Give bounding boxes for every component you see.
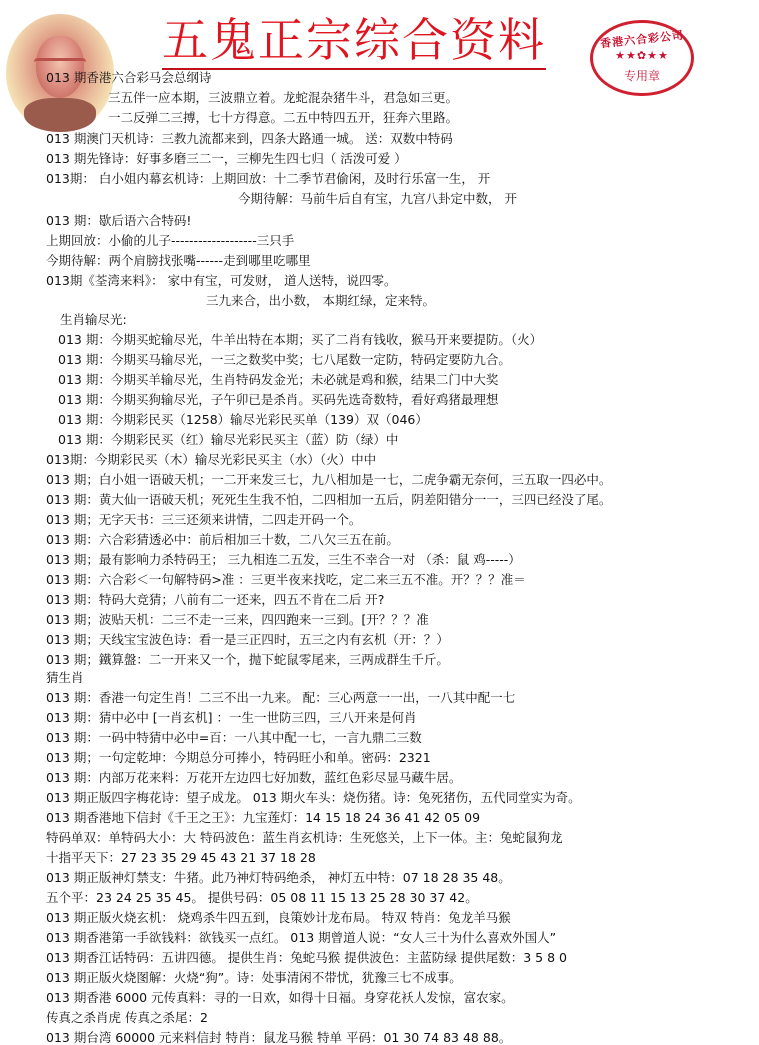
text-line: 013 期；一句定乾坤：今期总分可捧小，特码旺小和单。密码：2321	[46, 748, 431, 768]
page-title: 五鬼正宗综合资料	[162, 14, 546, 70]
avatar-coat	[24, 98, 96, 132]
text-line: 013 期：香港一句定生肖！二三不出一九来。 配：三心两意一一出，一八其中配一七	[46, 688, 515, 708]
text-line: 013 期：黄大仙一语破天机；死死生生我不怕，二四相加一五后，阴差阳错分一一，三…	[46, 490, 611, 510]
text-line: 特码单双：单特码大小：大 特码波色：蓝生肖玄机诗：生死悠关，上下一体。主：兔蛇鼠…	[46, 828, 562, 848]
text-line: 013 期：今期彩民买（1258）输尽光彩民买单（139）双（046）	[58, 410, 428, 430]
text-line: 013 期香港六合彩马会总纲诗	[46, 68, 211, 88]
text-line: 013 期正版四字梅花诗：望子成龙。 013 期火车头：烧伤猪。诗：兔死猪伤，五…	[46, 788, 581, 808]
text-line: 013 期：歇后语六合特码!	[46, 211, 191, 231]
text-line: 013 期：今期买狗输尽光，子午卯已是杀肖。买码先选奇数特，看好鸡猪最理想	[58, 390, 498, 410]
text-line: 013 期正版火烧玄机： 烧鸡杀牛四五到，良策妙计龙布局。 特双 特肖：兔龙羊马…	[46, 908, 511, 928]
text-line: 013 期：猜中必中 [一肖玄机] ：一生一世防三四，三八开来是何肖	[46, 708, 417, 728]
text-line: 013 期；无字天书：三三还须来讲情，二四走开码一个。	[46, 510, 361, 530]
text-line: 一二反弹二三搏，七十方得意。二五中特四五开，狂奔六里路。	[108, 108, 458, 128]
text-line: 013 期澳门天机诗：三教九流都来到，四条大路通一城。 送：双数中特码	[46, 129, 453, 149]
text-line: 013期： 白小姐内幕玄机诗：上期回放：十二季节君偷闲，及时行乐富一生， 开	[46, 169, 490, 189]
text-line: 013 期；白小姐一语破天机；一二开来发三七，九八相加是一七，二虎争霸无奈何，三…	[46, 470, 611, 490]
text-line: 013 期香江话特码：五讲四德。 提供生肖：兔蛇马猴 提供波色：主蓝防绿 提供尾…	[46, 948, 567, 968]
text-line: 013 期：六合彩＜一句解特码>准 ：三更半夜来找吃，定二来三五不准。开？？？准…	[46, 570, 526, 590]
text-line: 013 期：今期彩民买（红）输尽光彩民买主（蓝）防（绿）中	[58, 430, 398, 450]
stamp-seal-text: 专用章	[593, 67, 691, 84]
text-line: 013 期：今期买蛇输尽光，牛羊出特在本期；买了二肖有钱收，猴马开来要提防。（火…	[58, 330, 542, 350]
text-line: 三九来合，出小数， 本期红绿，定来特。	[206, 291, 435, 311]
text-line: 013 期：内部万花来料：万花开左边四七好加数，蓝红色彩尽显马藏牛居。	[46, 768, 461, 788]
text-line: 013 期台湾 60000 元来料信封 特肖：鼠龙马猴 特单 平码：01 30 …	[46, 1028, 511, 1045]
text-line: 013 期：特码大竞猜；八前有二一还来，四五不肯在二后 开?	[46, 590, 384, 610]
text-line: 013 期正版神灯禁支：牛猪。此乃神灯特码绝杀， 神灯五中特：07 18 28 …	[46, 868, 511, 888]
section-heading: 生肖输尽光:	[60, 310, 127, 330]
text-line: 五个平：23 24 25 35 45。 提供号码：05 08 11 15 13 …	[46, 888, 478, 908]
text-line: 013 期；鐵算盤：二一开来又一个，抛下蛇鼠零尾来，三两成群生千斤。	[46, 650, 449, 670]
text-line: 013 期香港第一手欲钱料：欲钱买一点红。 013 期曾道人说：“女人三十为什么…	[46, 928, 556, 948]
text-line: 013期《荃湾来料》： 家中有宝，可发财， 道人送特，说四零。	[46, 271, 397, 291]
text-line: 013 期；最有影响力杀特码王； 三九相连二五发，三生不幸合一对 （杀：鼠 鸡-…	[46, 550, 521, 570]
text-line: 013 期：一码中特猜中必中=百：一八其中配一七，一言九鼎二三数	[46, 728, 422, 748]
text-line: 013 期：今期买马输尽光，一三之数奖中奖；七八尾数一定防，特码定要防九合。	[58, 350, 511, 370]
text-line: 013 期；天线宝宝波色诗：看一是三正四时，五三之内有玄机（开：？）	[46, 630, 449, 650]
text-line: 013期：今期彩民买（木）输尽光彩民买主（水）（火）中中	[46, 450, 376, 470]
text-line: 013 期：今期买羊输尽光，生肖特码发金光；未必就是鸡和猴，结果二门中大奖	[58, 370, 498, 390]
text-line: 今期待解：马前牛后自有宝，九宫八卦定中数， 开	[238, 189, 517, 209]
text-line: 013 期香港 6000 元传真料：寻的一日欢，如得十日福。身穿花袄人发惊，富农…	[46, 988, 514, 1008]
text-line: 上期回放：小偷的儿子-------------------三只手	[46, 231, 294, 251]
stamp-stars: ★★✿★★	[593, 49, 691, 62]
section-heading: 猜生肖	[46, 668, 84, 688]
text-line: 013 期香港地下信封《千王之王》：九宝莲灯：14 15 18 24 36 41…	[46, 808, 480, 828]
text-line: 三五伴一应本期，三波鼎立着。龙蛇混杂猪牛斗，君急如三更。	[108, 88, 458, 108]
text-line: 013 期先锋诗：好事多磨三二一，三柳先生四七归（ 活泼可爱 ）	[46, 149, 407, 169]
text-line: 013 期正版火烧图解：火烧“狗”。诗：处事清闲不带忧，犹豫三七不成事。	[46, 968, 462, 988]
stamp-seal-icon: 香港六合彩公司 ★★✿★★ 专用章	[590, 20, 694, 96]
text-line: 十指平天下：27 23 35 29 45 43 21 37 18 28	[46, 848, 316, 868]
text-line: 今期待解：两个肩膀找张嘴------走到哪里吃哪里	[46, 251, 311, 271]
text-line: 013 期：六合彩猜透必中：前后相加三十数，二八欠三五在前。	[46, 530, 399, 550]
text-line: 传真之杀肖虎 传真之杀尾：2	[46, 1008, 208, 1028]
text-line: 013 期；波贴天机：二三不走一三来，四四跑来一三到。[开？？？准	[46, 610, 429, 630]
